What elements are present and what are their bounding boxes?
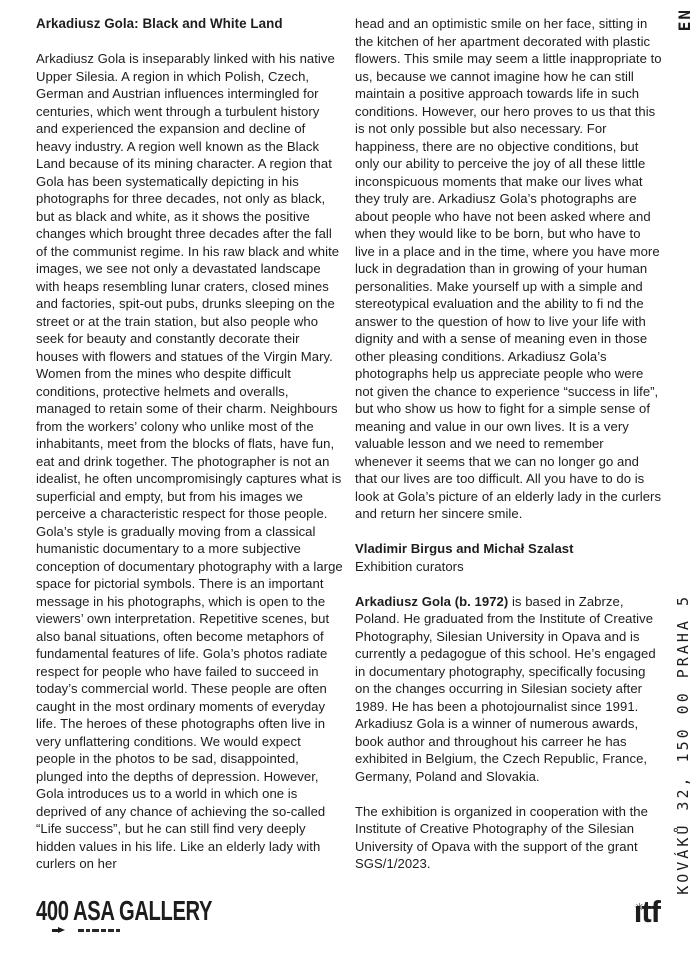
curators-names: Vladimir Birgus and Michał Szalast	[355, 541, 574, 556]
itf-aperture-icon: ✳	[635, 893, 644, 923]
arrow-icon	[58, 927, 65, 933]
gallery-logo-wordmark: 400 ASA GALLERY	[36, 899, 212, 923]
curators-block: Vladimir Birgus and Michał Szalast Exhib…	[355, 540, 662, 575]
left-column: Arkadiusz Gola: Black and White Land Ark…	[36, 15, 343, 873]
gallery-logo: 400 ASA GALLERY	[36, 899, 236, 933]
itf-logo: ✳ıtf	[634, 897, 660, 927]
right-column: head and an optimistic smile on her face…	[355, 15, 662, 873]
artist-bio: Arkadiusz Gola (b. 1972) is based in Zab…	[355, 593, 662, 786]
exhibition-text-page: Arkadiusz Gola: Black and White Land Ark…	[0, 0, 700, 963]
page-title: Arkadiusz Gola: Black and White Land	[36, 15, 343, 33]
essay-paragraph-right: head and an optimistic smile on her face…	[355, 15, 662, 523]
tagline-marks	[78, 929, 120, 932]
artist-bio-lead: Arkadiusz Gola (b. 1972)	[355, 594, 508, 609]
language-marker: EN	[675, 8, 694, 31]
artist-bio-text: is based in Zabrze, Poland. He graduated…	[355, 594, 656, 784]
gallery-address-vertical: KOVÁKŮ 32, 150 00 PRAHA 5	[674, 594, 692, 895]
gallery-logo-tagline	[58, 927, 236, 933]
organizer-note: The exhibition is organized in cooperati…	[355, 803, 662, 873]
essay-paragraph-left: Arkadiusz Gola is inseparably linked wit…	[36, 50, 343, 873]
curators-role: Exhibition curators	[355, 559, 464, 574]
